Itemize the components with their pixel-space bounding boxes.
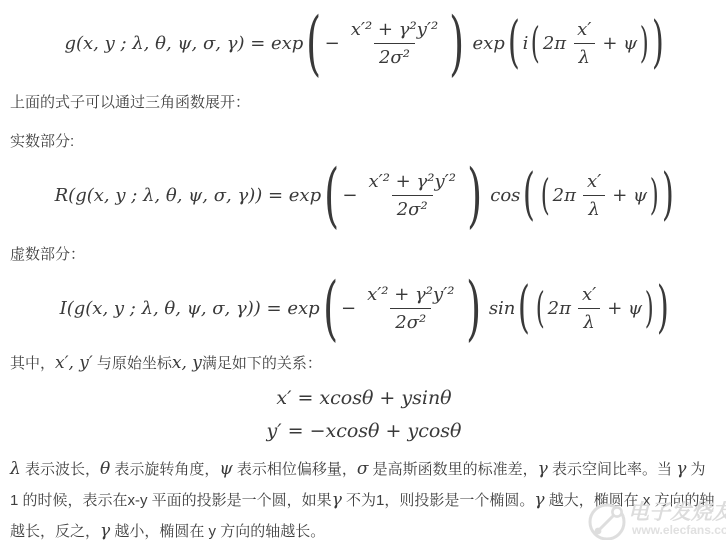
close-paren-inner: ) <box>640 22 649 64</box>
math-symbol: γ <box>534 490 544 510</box>
minus-sign: − <box>342 185 357 206</box>
open-paren-outer: ( <box>523 167 535 223</box>
gaussian-fraction: x′² + γ²y′² 2σ² <box>362 284 459 333</box>
text-segment: 越小，椭圆在 y 方向的轴越长。 <box>110 523 325 540</box>
fraction-numerator: x′² + γ²y′² <box>346 19 443 43</box>
wave-coefficient: 2π <box>553 185 576 206</box>
close-paren-inner: ) <box>645 287 654 329</box>
fraction-denominator: 2σ² <box>392 195 433 220</box>
text-segment: 表示相位偏移量， <box>233 461 357 478</box>
math-symbol: γ <box>676 459 686 479</box>
fraction-denominator: 2σ² <box>374 43 415 68</box>
intro-text: 上面的式子可以通过三角函数展开： <box>10 93 718 113</box>
wave-coefficient: 2π <box>543 33 566 54</box>
open-paren-inner: ( <box>536 287 545 329</box>
formula-lhs: g(x, y ; λ, θ, ψ, σ, γ) = exp <box>64 33 303 54</box>
fraction-denominator: λ <box>574 43 595 68</box>
open-paren-big: ( <box>323 273 338 343</box>
phase-term: + ψ <box>612 185 647 206</box>
text-segment: 与原始坐标 <box>93 355 172 372</box>
formula-real-part: R(g(x, y ; λ, θ, ψ, σ, γ)) = exp ( − x′²… <box>10 154 718 236</box>
fraction-numerator: x′² + γ²y′² <box>362 284 459 308</box>
wavelength-fraction: x′ λ <box>582 171 606 220</box>
wave-coefficient: 2π <box>548 298 571 319</box>
text-segment: 不为1，则投影是一个椭圆。 <box>342 492 535 509</box>
relation-intro-text: 其中，x′, y′ 与原始坐标x, y满足如下的关系： <box>10 353 718 374</box>
close-paren-big: ) <box>449 8 464 78</box>
text-segment: 表示空间比率。当 <box>548 461 676 478</box>
wavelength-fraction: x′ λ <box>577 284 601 333</box>
open-paren-big: ( <box>306 8 321 78</box>
math-symbol: x, y <box>172 353 202 373</box>
fraction-numerator: x′ <box>577 284 601 308</box>
open-paren-big: ( <box>324 160 339 230</box>
formula-imaginary-part: I(g(x, y ; λ, θ, ψ, σ, γ)) = exp ( − x′²… <box>10 267 718 349</box>
phase-term: + ψ <box>607 298 642 319</box>
open-paren-outer: ( <box>518 280 530 336</box>
fraction-numerator: x′ <box>582 171 606 195</box>
close-paren-outer: ) <box>656 280 668 336</box>
fraction-denominator: λ <box>583 195 604 220</box>
formula-lhs: I(g(x, y ; λ, θ, ψ, σ, γ)) = exp <box>60 298 320 319</box>
fraction-numerator: x′ <box>572 19 596 43</box>
close-paren-outer: ) <box>661 167 673 223</box>
close-paren-inner: ) <box>650 174 659 216</box>
imaginary-unit: i <box>523 33 529 54</box>
fraction-denominator: 2σ² <box>390 308 431 333</box>
close-paren-outer: ) <box>652 15 664 71</box>
close-paren-big: ) <box>467 160 482 230</box>
text-segment: 是高斯函数里的标准差， <box>369 461 538 478</box>
second-function: exp <box>472 33 504 54</box>
open-paren-inner: ( <box>531 22 540 64</box>
math-symbol: ψ <box>219 459 232 479</box>
x-prime-equation: x′ = xcosθ + ysinθ <box>10 387 718 409</box>
y-prime-equation: y′ = −xcosθ + ycosθ <box>10 420 718 442</box>
trig-function: cos <box>490 185 520 206</box>
phase-term: + ψ <box>602 33 637 54</box>
gaussian-fraction: x′² + γ²y′² 2σ² <box>346 19 443 68</box>
fraction-denominator: λ <box>578 308 599 333</box>
article-page: g(x, y ; λ, θ, ψ, σ, γ) = exp ( − x′² + … <box>0 0 728 540</box>
minus-sign: − <box>325 33 340 54</box>
math-symbol: γ <box>100 521 110 540</box>
wavelength-fraction: x′ λ <box>572 19 596 68</box>
real-part-label: 实数部分: <box>10 132 718 152</box>
formula-gabor-complex: g(x, y ; λ, θ, ψ, σ, γ) = exp ( − x′² + … <box>10 6 718 80</box>
text-segment: 表示波长， <box>21 461 100 478</box>
math-symbol: σ <box>357 459 369 479</box>
text-segment: 表示旋转角度， <box>110 461 219 478</box>
minus-sign: − <box>341 298 356 319</box>
text-segment: 满足如下的关系： <box>202 355 322 372</box>
open-paren-outer: ( <box>508 15 520 71</box>
math-symbol: θ <box>100 459 110 479</box>
open-paren-inner: ( <box>541 174 550 216</box>
text-segment: 其中， <box>10 355 55 372</box>
gaussian-fraction: x′² + γ²y′² 2σ² <box>364 171 461 220</box>
math-symbol: γ <box>538 459 548 479</box>
fraction-numerator: x′² + γ²y′² <box>364 171 461 195</box>
parameter-description-paragraph: λ 表示波长，θ 表示旋转角度，ψ 表示相位偏移量，σ 是高斯函数里的标准差，γ… <box>10 454 718 540</box>
math-symbol: λ <box>10 459 21 479</box>
imaginary-part-label: 虚数部分： <box>10 245 718 265</box>
math-symbol: γ <box>332 490 342 510</box>
formula-lhs: R(g(x, y ; λ, θ, ψ, σ, γ)) = exp <box>55 185 321 206</box>
trig-function: sin <box>489 298 516 319</box>
math-symbol: x′, y′ <box>55 353 93 373</box>
close-paren-big: ) <box>466 273 481 343</box>
